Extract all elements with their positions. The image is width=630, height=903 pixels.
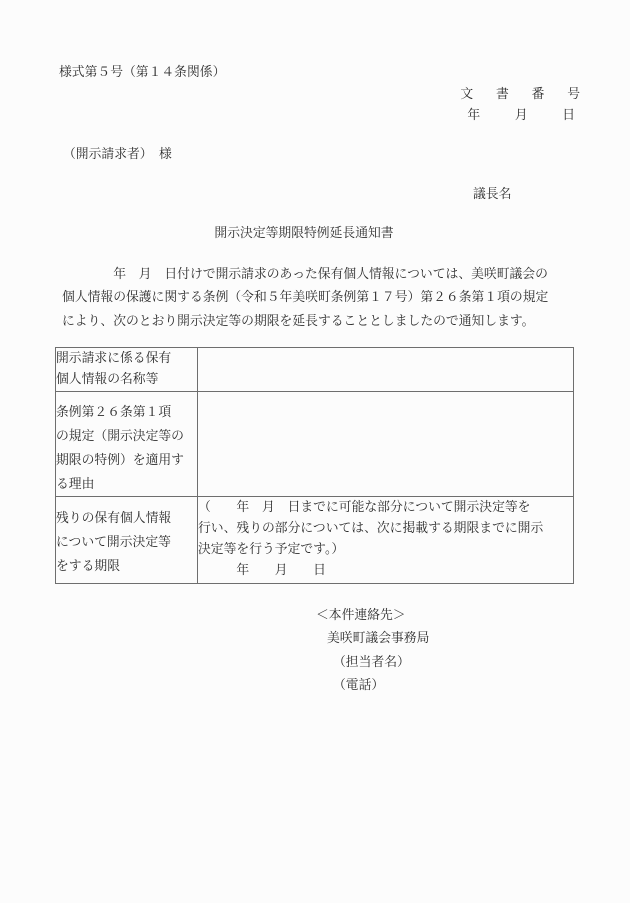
row-label-cell: 条例第２６条第１項 の規定（開示決定等の 期限の特例）を適用す る理由 — [56, 392, 198, 497]
row-label-cell: 開示請求に係る保有 個人情報の名称等 — [56, 348, 198, 392]
form-number-label: 様式第５号（第１４条関係） — [59, 64, 225, 80]
contact-phone: （電話） — [333, 674, 429, 697]
document-title: 開示決定等期限特例延長通知書 — [0, 225, 608, 241]
row-value-cell: （ 年 月 日までに可能な部分について開示決定等を 行い、残りの部分については、… — [198, 497, 574, 584]
sender-name: 議長名 — [473, 186, 511, 202]
contact-heading: ＜本件連絡先＞ — [316, 604, 429, 627]
body-paragraph: 年 月 日付けで開示請求のあった保有個人情報については、美咲町議会の 個人情報の… — [62, 263, 562, 333]
document-page: 様式第５号（第１４条関係） 文 書 番 号 年 月 日 （開示請求者） 様 議長… — [0, 0, 630, 903]
row-value-cell — [198, 392, 574, 497]
row-label-cell: 残りの保有個人情報 について開示決定等 をする期限 — [56, 497, 198, 584]
contact-person: （担当者名） — [333, 651, 429, 674]
document-date-line: 年 月 日 — [467, 107, 578, 123]
document-number-label: 文 書 番 号 — [460, 86, 585, 102]
disclosure-extension-table: 開示請求に係る保有 個人情報の名称等 条例第２６条第１項 の規定（開示決定等の … — [55, 347, 574, 584]
row-value-cell — [198, 348, 574, 392]
addressee-line: （開示請求者） 様 — [63, 146, 172, 162]
table-row: 開示請求に係る保有 個人情報の名称等 — [56, 348, 574, 392]
contact-block: ＜本件連絡先＞ 美咲町議会事務局 （担当者名） （電話） — [316, 604, 429, 698]
contact-organization: 美咲町議会事務局 — [327, 627, 429, 650]
table-row: 条例第２６条第１項 の規定（開示決定等の 期限の特例）を適用す る理由 — [56, 392, 574, 497]
table-row: 残りの保有個人情報 について開示決定等 をする期限 （ 年 月 日までに可能な部… — [56, 497, 574, 584]
